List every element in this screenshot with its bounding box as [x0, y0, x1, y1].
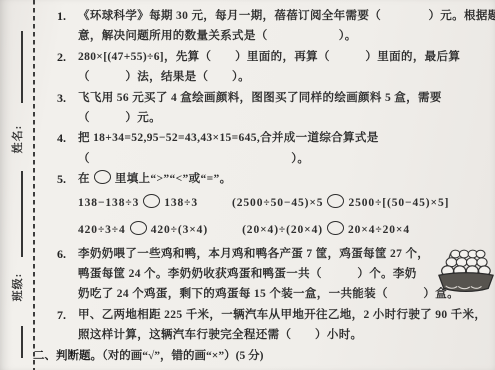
compare-circle — [327, 194, 344, 208]
intro-suffix: 里填上“>”“<”或“=”。 — [115, 173, 232, 185]
question-text: 飞飞用 56 元买了 4 盒绘画颜料，图图买了同样的绘画颜料 5 盒，需要 — [78, 88, 495, 108]
question-4: 4. 把 18+34=52,95−52=43,43×15=645,合并成一道综合… — [57, 128, 495, 169]
comparison: 420÷3÷4420÷(3×4) — [78, 224, 208, 236]
question-number: 3. — [57, 88, 78, 129]
question-number: 7. — [57, 305, 78, 346]
question-text: 把 18+34=52,95−52=43,43×15=645,合并成一道综合算式是 — [78, 128, 495, 148]
question-text: （ ）法，结果是（ ）。 — [78, 67, 495, 87]
question-text: 意，解决问题所用的数量关系式是（ ）。 — [78, 26, 495, 46]
left-expression: (2500÷50−45)×5 — [232, 197, 323, 209]
left-expression: 420÷3÷4 — [78, 224, 126, 236]
fold-dashed-line — [33, 0, 35, 370]
question-number: 5. — [57, 169, 78, 243]
right-expression: 2500÷[(50−45)×5] — [348, 197, 449, 209]
section-2-note: （对的画“√”，错的画“×”）(5 分) — [102, 350, 263, 362]
question-5: 5. 在里填上“>”“<”或“=”。 138−138÷3138÷3(2500÷5… — [57, 169, 495, 243]
question-text: 照这样计算，这辆汽车行驶完全程还需（ ）小时。 — [78, 325, 495, 345]
egg-tray-illustration — [436, 240, 495, 298]
question-1: 1. 《环球科学》每期 30 元，每月一期，蓓蓓订阅全年需要（ ）元。根据题 意… — [57, 6, 495, 47]
question-text: 280×[(47+55)÷6]，先算（ ）里面的，再算（ ）里面的，最后算 — [78, 47, 495, 67]
question-number: 4. — [57, 128, 78, 169]
question-text: 甲、乙两地相距 225 千米，一辆汽车从甲地开往乙地，2 小时行驶了 90 千米… — [78, 305, 495, 325]
right-expression: 138÷3 — [164, 197, 198, 209]
margin-line-middle — [21, 171, 23, 257]
section-2-title: 二、判断题。 — [33, 350, 102, 362]
question-text: 鸭蛋每筐 24 个。李奶奶收获鸡蛋和鸭蛋一共（ ）个。李奶 — [78, 264, 495, 284]
comparison: (20×4)÷(20×4)20×4÷20×4 — [242, 224, 410, 236]
comparison-row: 138−138÷3138÷3(2500÷50−45)×52500÷[(50−45… — [78, 190, 495, 217]
question-text: 《环球科学》每期 30 元，每月一期，蓓蓓订阅全年需要（ ）元。根据题 — [78, 6, 495, 26]
compare-circle — [143, 194, 160, 208]
question-3: 3. 飞飞用 56 元买了 4 盒绘画颜料，图图买了同样的绘画颜料 5 盒，需要… — [57, 88, 495, 129]
section-2-heading-row: 二、判断题。（对的画“√”，错的画“×”）(5 分) — [33, 346, 495, 366]
question-number: 1. — [57, 6, 78, 47]
question-text: 奶吃了 24 个鸡蛋，剩下的鸡蛋每 15 个装一盒，一共能装（ ）盒。 — [78, 284, 495, 304]
questions-area: 1. 《环球科学》每期 30 元，每月一期，蓓蓓订阅全年需要（ ）元。根据题 意… — [57, 6, 495, 366]
compare-circle — [327, 221, 344, 235]
right-expression: 20×4÷20×4 — [348, 224, 410, 236]
question-text: 在里填上“>”“<”或“=”。 — [78, 169, 495, 189]
worksheet-page: 姓名: 班级: 1. 《环球科学》每期 30 元，每月一期，蓓蓓订阅全年需要（ … — [0, 0, 495, 370]
compare-circle — [130, 221, 147, 235]
compare-circle — [94, 170, 111, 184]
right-expression: 420÷(3×4) — [151, 224, 208, 236]
question-number: 6. — [57, 244, 78, 305]
left-expression: 138−138÷3 — [78, 197, 139, 209]
comparison: 138−138÷3138÷3 — [78, 197, 198, 209]
comparison-row: 420÷3÷4420÷(3×4)(20×4)÷(20×4)20×4÷20×4 — [78, 217, 495, 244]
question-text: （ ）。 — [78, 149, 495, 169]
name-write-line — [21, 31, 23, 103]
question-number: 2. — [57, 47, 78, 88]
name-field-label: 姓名: — [11, 112, 25, 166]
question-2: 2. 280×[(47+55)÷6]，先算（ ）里面的，再算（ ）里面的，最后算… — [57, 47, 495, 88]
question-text: （ ）元。 — [78, 108, 495, 128]
question-text: 李奶奶喂了一些鸡和鸭，本月鸡和鸭各产蛋 7 筐，鸡蛋每筐 27 个， — [78, 244, 495, 264]
left-expression: (20×4)÷(20×4) — [242, 224, 323, 236]
question-6: 6. 李奶奶喂了一些鸡和鸭，本月鸡和鸭各产蛋 7 筐，鸡蛋每筐 27 个， 鸭蛋… — [57, 244, 495, 305]
margin-line-bottom — [21, 326, 23, 358]
intro-prefix: 在 — [78, 173, 90, 185]
question-7: 7. 甲、乙两地相距 225 千米，一辆汽车从甲地开往乙地，2 小时行驶了 90… — [57, 305, 495, 346]
egg-tray-drawing — [436, 240, 495, 298]
class-field-label: 班级: — [11, 260, 25, 314]
comparison: (2500÷50−45)×52500÷[(50−45)×5] — [232, 197, 449, 209]
